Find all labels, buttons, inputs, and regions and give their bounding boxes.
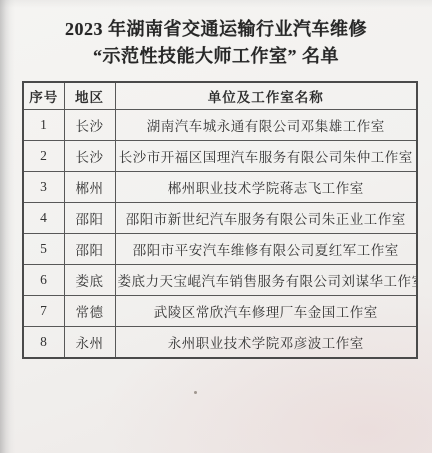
row-name: 娄底力天宝崐汽车销售服务有限公司刘谋华工作室 [115, 265, 417, 296]
row-name: 长沙市开福区国理汽车服务有限公司朱仲工作室 [115, 141, 417, 172]
row-index: 7 [23, 296, 64, 327]
row-name: 邵阳市平安汽车维修有限公司夏红军工作室 [115, 234, 417, 265]
workshop-roster-table: 序号 地区 单位及工作室名称 1 长沙 湖南汽车城永通有限公司邓集雄工作室 2 … [22, 81, 418, 359]
col-header-region: 地区 [64, 82, 115, 110]
paper-speck [194, 391, 197, 394]
row-region: 邵阳 [64, 234, 115, 265]
row-region: 长沙 [64, 141, 115, 172]
row-index: 2 [23, 141, 64, 172]
title-line-1: 2023 年湖南省交通运输行业汽车维修 [4, 16, 428, 43]
col-header-index: 序号 [23, 82, 64, 110]
row-index: 3 [23, 172, 64, 203]
col-header-name: 单位及工作室名称 [115, 82, 417, 110]
row-name: 郴州职业技术学院蒋志飞工作室 [115, 172, 417, 203]
row-name: 武陵区常欣汽车修理厂车金国工作室 [115, 296, 417, 327]
table-row: 2 长沙 长沙市开福区国理汽车服务有限公司朱仲工作室 [23, 141, 417, 172]
table-header-row: 序号 地区 单位及工作室名称 [23, 82, 417, 110]
row-index: 4 [23, 203, 64, 234]
row-region: 邵阳 [64, 203, 115, 234]
table-row: 6 娄底 娄底力天宝崐汽车销售服务有限公司刘谋华工作室 [23, 265, 417, 296]
row-region: 永州 [64, 327, 115, 359]
table-row: 3 郴州 郴州职业技术学院蒋志飞工作室 [23, 172, 417, 203]
row-region: 常德 [64, 296, 115, 327]
table-row: 7 常德 武陵区常欣汽车修理厂车金国工作室 [23, 296, 417, 327]
row-name: 邵阳市新世纪汽车服务有限公司朱正业工作室 [115, 203, 417, 234]
row-region: 长沙 [64, 110, 115, 141]
row-region: 郴州 [64, 172, 115, 203]
table-row: 8 永州 永州职业技术学院邓彦波工作室 [23, 327, 417, 359]
row-index: 6 [23, 265, 64, 296]
table-row: 5 邵阳 邵阳市平安汽车维修有限公司夏红军工作室 [23, 234, 417, 265]
table-row: 4 邵阳 邵阳市新世纪汽车服务有限公司朱正业工作室 [23, 203, 417, 234]
table-row: 1 长沙 湖南汽车城永通有限公司邓集雄工作室 [23, 110, 417, 141]
scanned-document-page: 2023 年湖南省交通运输行业汽车维修 “示范性技能大师工作室” 名单 序号 地… [0, 0, 432, 453]
row-index: 1 [23, 110, 64, 141]
row-index: 8 [23, 327, 64, 359]
document-title: 2023 年湖南省交通运输行业汽车维修 “示范性技能大师工作室” 名单 [4, 16, 428, 70]
row-name: 湖南汽车城永通有限公司邓集雄工作室 [115, 110, 417, 141]
row-index: 5 [23, 234, 64, 265]
row-name: 永州职业技术学院邓彦波工作室 [115, 327, 417, 359]
title-line-2: “示范性技能大师工作室” 名单 [4, 43, 428, 70]
row-region: 娄底 [64, 265, 115, 296]
scan-top-shadow [0, 0, 432, 8]
